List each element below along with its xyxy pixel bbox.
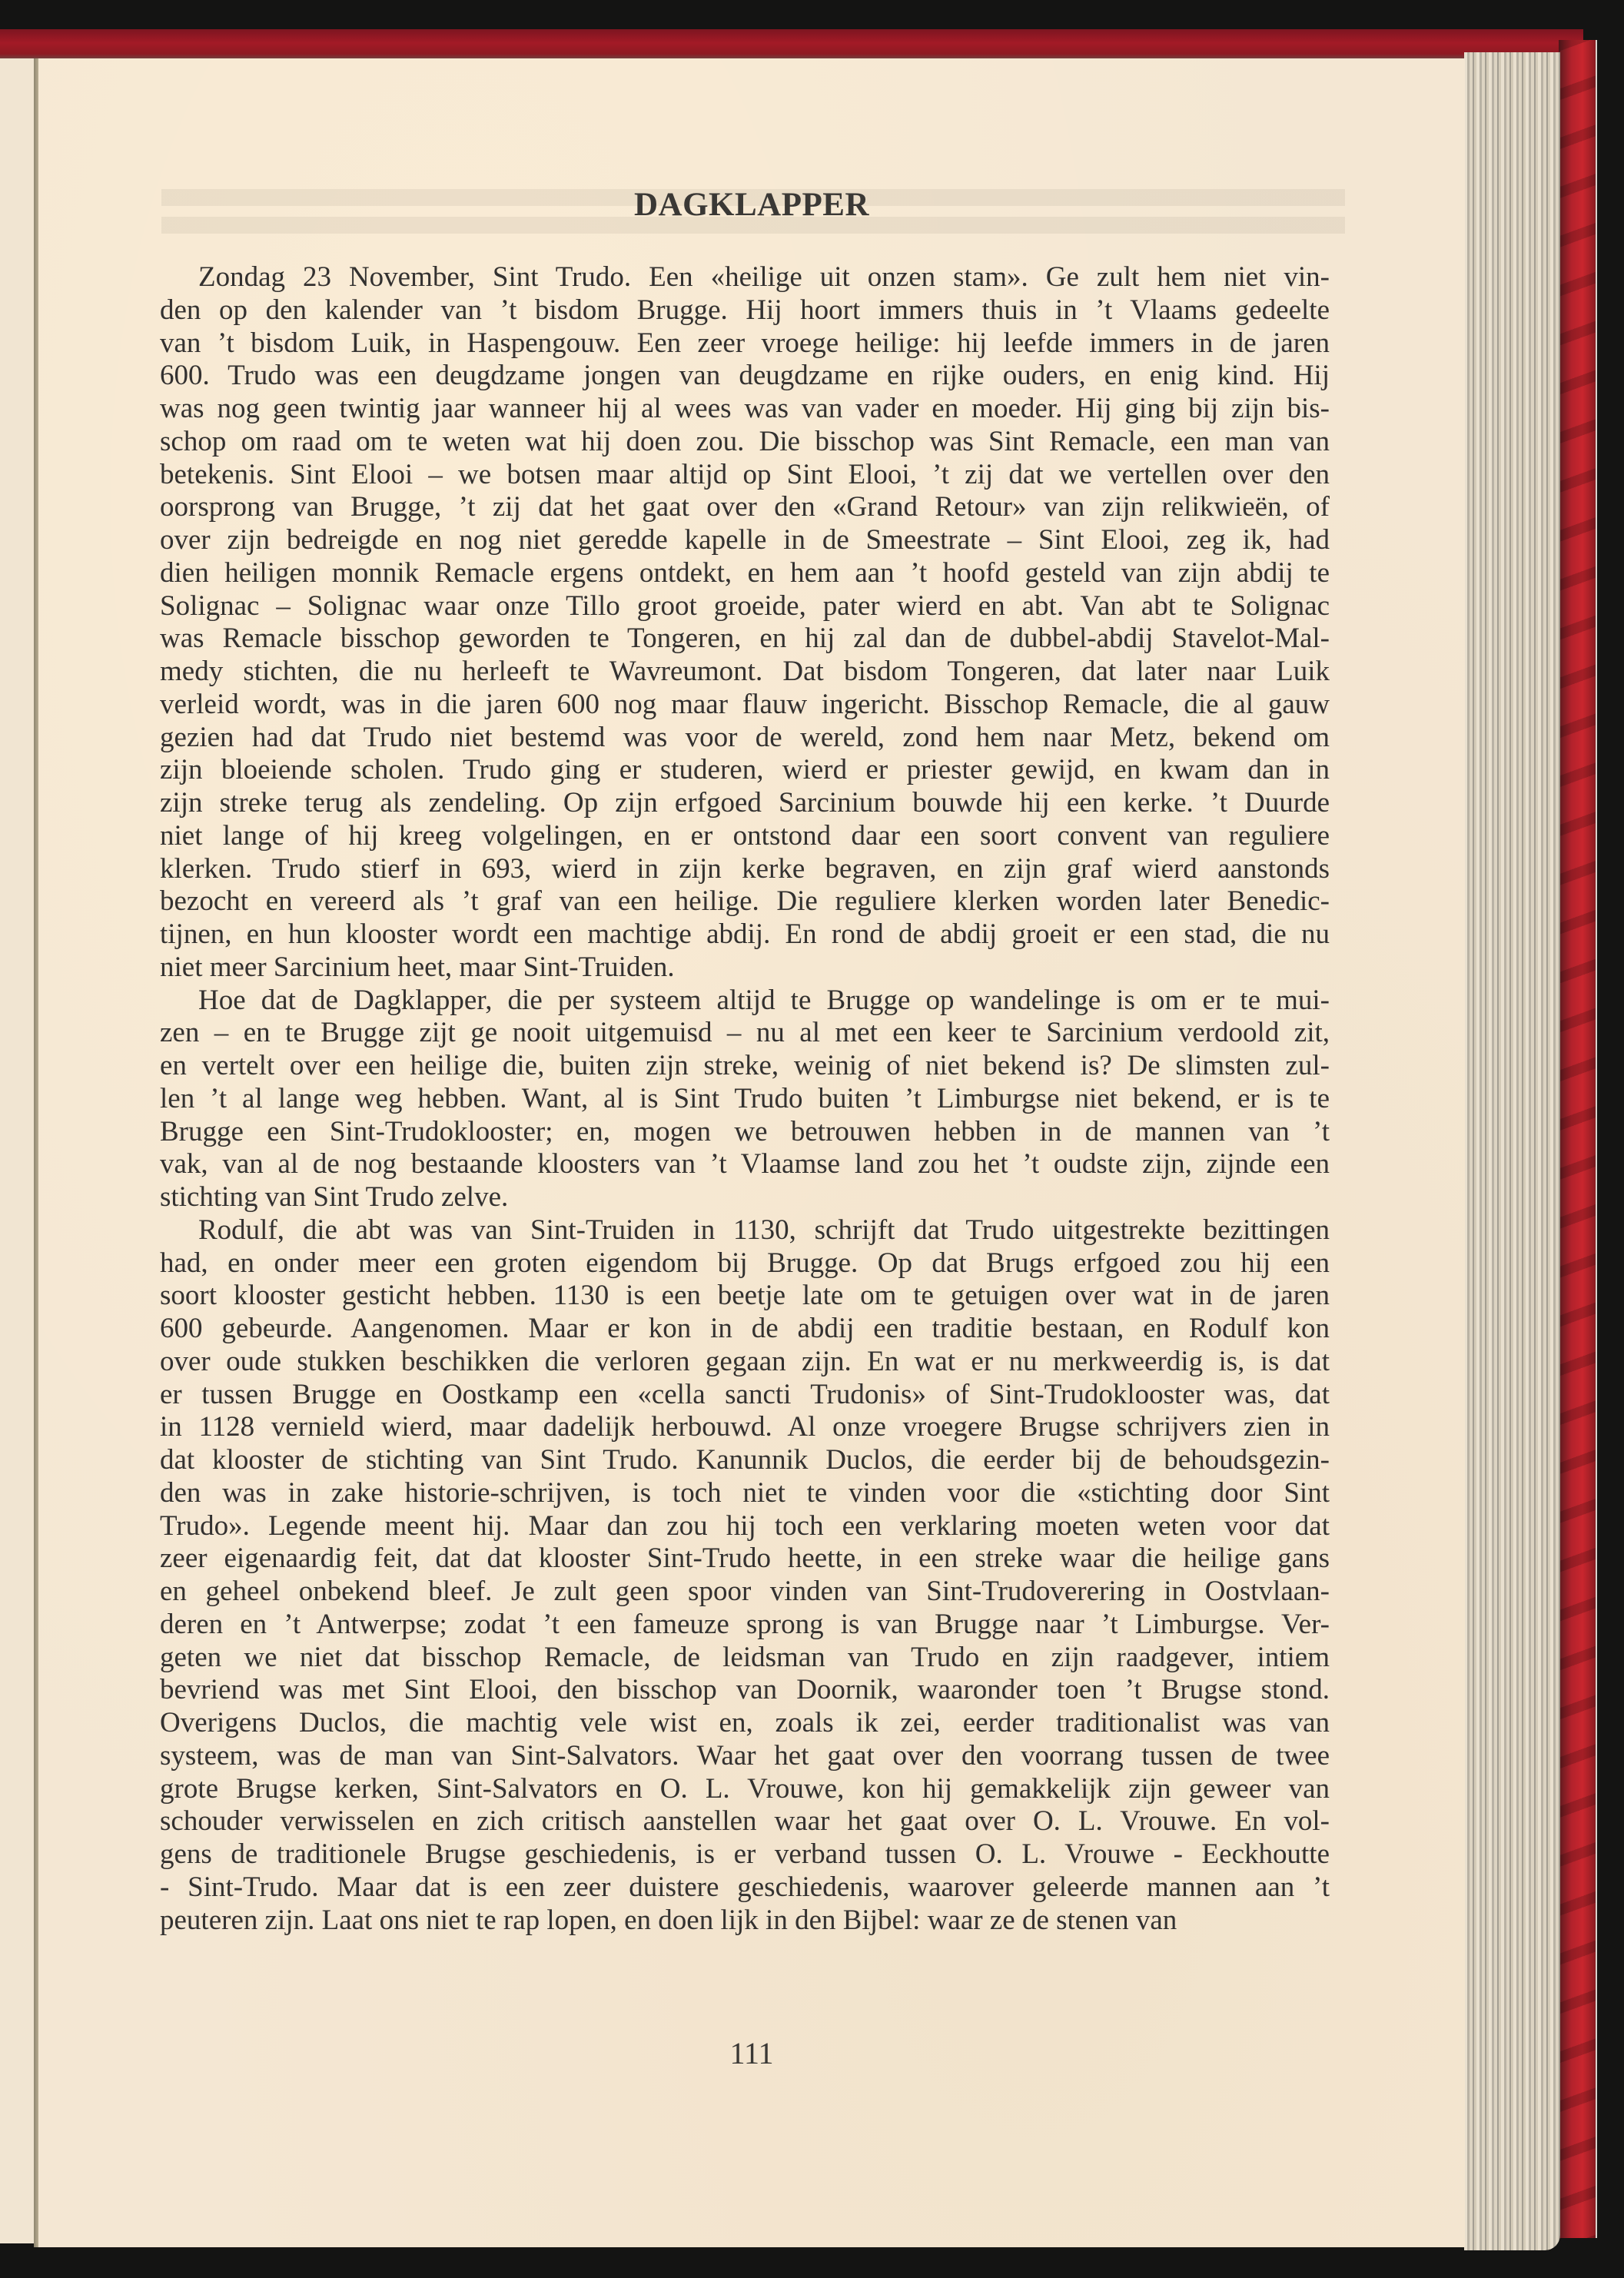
book-binding-top — [0, 29, 1583, 60]
text-line: zeer eigenaardig feit, dat dat klooster … — [160, 1542, 1330, 1576]
text-line: klerken. Trudo stierf in 693, wierd in z… — [160, 853, 1330, 886]
text-line: en geheel onbekend bleef. Je zult geen s… — [160, 1576, 1330, 1609]
text-line: over zijn bedreigde en nog niet geredde … — [160, 524, 1330, 557]
text-line: - Sint-Trudo. Maar dat is een zeer duist… — [160, 1871, 1330, 1904]
text-line: Solignac – Solignac waar onze Tillo groo… — [160, 590, 1330, 623]
text-line: medy stichten, die nu herleeft te Wavreu… — [160, 656, 1330, 689]
text-line: tijnen, en hun klooster wordt een machti… — [160, 918, 1330, 951]
text-line: peuteren zijn. Laat ons niet te rap lope… — [160, 1904, 1330, 1938]
text-line: Rodulf, die abt was van Sint-Truiden in … — [160, 1214, 1330, 1247]
text-line: niet lange of hij kreeg volgelingen, en … — [160, 820, 1330, 853]
text-line: over oude stukken beschikken die verlore… — [160, 1346, 1330, 1379]
text-line: Brugge een Sint-Trudoklooster; en, mogen… — [160, 1116, 1330, 1149]
page-gutter-line — [34, 58, 38, 2247]
text-line: Overigens Duclos, die machtig vele wist … — [160, 1707, 1330, 1740]
text-line: Trudo». Legende meent hij. Maar dan zou … — [160, 1510, 1330, 1543]
text-line: 600. Trudo was een deugdzame jongen van … — [160, 360, 1330, 393]
text-line: had, en onder meer een groten eigendom b… — [160, 1247, 1330, 1280]
text-line: zijn streke terug als zendeling. Op zijn… — [160, 787, 1330, 820]
text-line: zijn bloeiende scholen. Trudo ging er st… — [160, 754, 1330, 787]
text-line: den op den kalender van ’t bisdom Brugge… — [160, 294, 1330, 327]
text-line: zen – en te Brugge zijt ge nooit uitgemu… — [160, 1017, 1330, 1050]
paragraph: Hoe dat de Dagklapper, die per systeem a… — [160, 985, 1330, 1214]
text-line: systeem, was de man van Sint-Salvators. … — [160, 1740, 1330, 1773]
text-line: niet meer Sarcinium heet, maar Sint-Trui… — [160, 951, 1330, 985]
paragraph: Zondag 23 November, Sint Trudo. Een «hei… — [160, 261, 1330, 985]
text-line: oorsprong van Brugge, ’t zij dat het gaa… — [160, 491, 1330, 524]
text-line: er tussen Brugge en Oostkamp een «cella … — [160, 1379, 1330, 1412]
text-line: dien heiligen monnik Remacle ergens ontd… — [160, 557, 1330, 590]
text-line: len ’t al lange weg hebben. Want, al is … — [160, 1083, 1330, 1116]
text-line: grote Brugse kerken, Sint-Salvators en O… — [160, 1773, 1330, 1806]
text-line: gezien had dat Trudo niet bestemd was vo… — [160, 722, 1330, 755]
text-line: Zondag 23 November, Sint Trudo. Een «hei… — [160, 261, 1330, 294]
article-body: Zondag 23 November, Sint Trudo. Een «hei… — [160, 261, 1330, 1937]
page-edges-stack — [1464, 52, 1560, 2250]
text-line: stichting van Sint Trudo zelve. — [160, 1181, 1330, 1214]
text-line: betekenis. Sint Elooi – we botsen maar a… — [160, 459, 1330, 492]
text-line: deren en ’t Antwerpse; zodat ’t een fame… — [160, 1609, 1330, 1642]
text-line: Hoe dat de Dagklapper, die per systeem a… — [160, 985, 1330, 1018]
text-line: 600 gebeurde. Aangenomen. Maar er kon in… — [160, 1313, 1330, 1346]
paragraph: Rodulf, die abt was van Sint-Truiden in … — [160, 1214, 1330, 1938]
text-line: geten we niet dat bisschop Remacle, de l… — [160, 1642, 1330, 1675]
text-line: verleid wordt, was in die jaren 600 nog … — [160, 689, 1330, 722]
text-line: bezocht en vereerd als ’t graf van een h… — [160, 885, 1330, 918]
page-number: 111 — [38, 2035, 1465, 2071]
book-binding-right — [1559, 40, 1597, 2238]
text-line: schouder verwisselen en zich critisch aa… — [160, 1805, 1330, 1838]
text-line: soort klooster gesticht hebben. 1130 is … — [160, 1280, 1330, 1313]
text-line: bevriend was met Sint Elooi, den bisscho… — [160, 1674, 1330, 1707]
text-line: was Remacle bisschop geworden te Tongere… — [160, 623, 1330, 656]
text-line: gens de traditionele Brugse geschiedenis… — [160, 1838, 1330, 1871]
text-line: en vertelt over een heilige die, buiten … — [160, 1050, 1330, 1083]
text-line: schop om raad om te weten wat hij doen z… — [160, 426, 1330, 459]
page-title: DAGKLAPPER — [38, 186, 1465, 224]
previous-page-edge — [0, 58, 34, 2243]
text-line: den was in zake historie-schrijven, is t… — [160, 1477, 1330, 1510]
text-line: in 1128 vernield wierd, maar dadelijk he… — [160, 1411, 1330, 1444]
text-line: van ’t bisdom Luik, in Haspengouw. Een z… — [160, 327, 1330, 360]
text-line: dat klooster de stichting van Sint Trudo… — [160, 1444, 1330, 1477]
text-line: was nog geen twintig jaar wanneer hij al… — [160, 393, 1330, 426]
text-line: vak, van al de nog bestaande kloosters v… — [160, 1148, 1330, 1181]
